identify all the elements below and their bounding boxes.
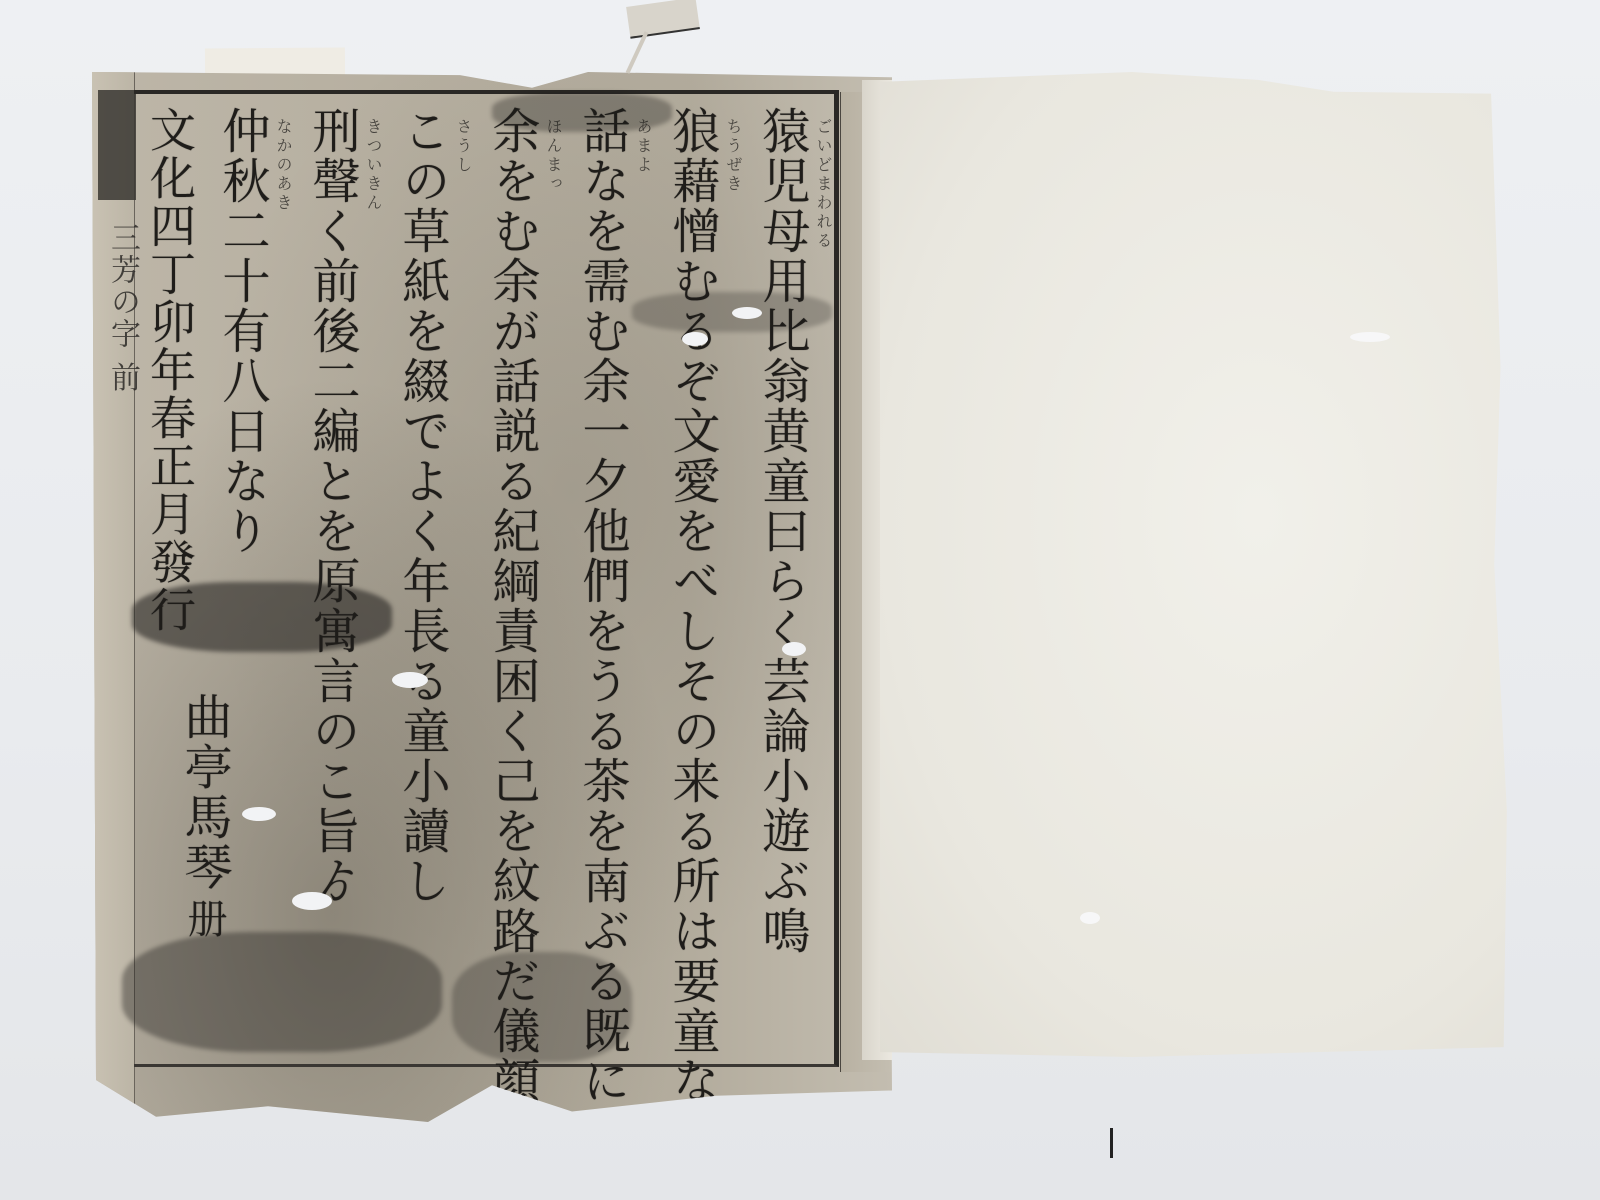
paper-hole [682, 332, 708, 346]
column-text: 話なを需む余一夕他們をうる茶を南ぶる既にし啞 [570, 106, 634, 1046]
preface-text: ごいどまわれる 猿児母用比翁黄童曰らく芸論小遊ぶ鳴 ちうぜき 狼藉憎むるぞ文愛を… [152, 106, 832, 1046]
edge-mark [1110, 1128, 1113, 1158]
paper-hole [782, 642, 806, 656]
paper-hole [732, 307, 762, 319]
author-signature-block: 曲亭馬琴 册 [172, 692, 236, 940]
furigana: きついきん [364, 118, 382, 1046]
paper-hole [392, 672, 428, 688]
ink-block [98, 90, 136, 200]
right-page-blank [880, 72, 1510, 1057]
torn-top-edge [492, 92, 672, 132]
publication-date: 文化四丁卯年春正月發行 [138, 106, 202, 634]
column-text: 余をむ余が話説る紀綱責困く己を紋路だ儀顔 [480, 106, 544, 1046]
ink-smudge [132, 582, 392, 652]
text-column: さうし この草紙を綴でよく年長る童小讀し [390, 106, 472, 1046]
paper-hole [1080, 912, 1100, 924]
paper-hole [242, 807, 276, 821]
text-column: ちうぜき 狼藉憎むるぞ文愛をべしその来る所は要童なる [660, 106, 742, 1046]
furigana: ちうぜき [724, 118, 742, 1046]
furigana: ごいどまわれる [814, 118, 832, 1046]
text-column: ほんまっ 余をむ余が話説る紀綱責困く己を紋路だ儀顔 [480, 106, 562, 1046]
torn-paper-fragment [626, 0, 700, 39]
paper-hole [1350, 332, 1390, 342]
water-stain [452, 952, 632, 1062]
column-text: この草紙を綴でよく年長る童小讀し [390, 106, 454, 1046]
text-column: ごいどまわれる 猿児母用比翁黄童曰らく芸論小遊ぶ鳴 [750, 106, 832, 1046]
column-text: 狼藉憎むるぞ文愛をべしその来る所は要童なる [660, 106, 724, 1046]
paper-hole [292, 892, 332, 910]
furigana: ほんまっ [544, 118, 562, 1046]
column-text: 猿児母用比翁黄童曰らく芸論小遊ぶ鳴 [750, 106, 814, 1046]
text-column: あまよ 話なを需む余一夕他們をうる茶を南ぶる既にし啞 [570, 106, 652, 1046]
water-stain [122, 932, 442, 1052]
furigana: あまよ [634, 118, 652, 1046]
left-page: 三芳の字 前 ごいどまわれる 猿児母用比翁黄童曰らく芸論小遊ぶ鳴 ちうぜき 狼藉… [92, 72, 892, 1122]
author-signature: 曲亭馬琴 [172, 692, 236, 892]
furigana: さうし [454, 118, 472, 1046]
